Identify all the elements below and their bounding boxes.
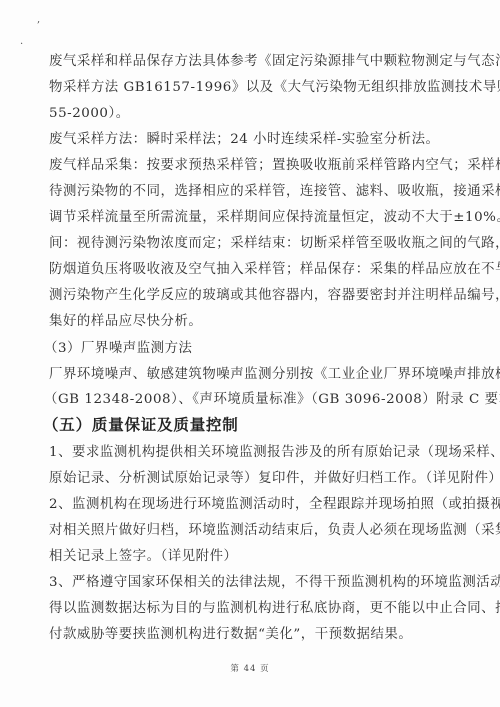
text-line: 2、监测机构在现场进行环境监测活动时，全程跟踪并现场拍照（或拍摄视频）， xyxy=(49,497,459,513)
text-line: （GB 12348-2008）、《声环境质量标准》（GB 3096-2008）附… xyxy=(44,392,454,408)
document-page: , . 废气采样和样品保存方法具体参考《固定污染源排气中颗粒物测定与气态污染 物… xyxy=(0,0,500,707)
subheading-text: （3）厂界噪声监测方法 xyxy=(44,341,454,357)
text-line: 付款威胁等要挟监测机构进行数据“美化”，干预数据结果。 xyxy=(49,627,459,643)
text-line: 废气采样方法：瞬时采样法；24 小时连续采样-实验室分析法。 xyxy=(49,132,459,148)
text-line: 集好的样品应尽快分析。 xyxy=(49,314,459,330)
text-line: 测污染物产生化学反应的玻璃或其他容器内，容器要密封并注明样品编号，采 xyxy=(49,288,459,304)
scan-artifact-dot: . xyxy=(20,37,23,47)
text-line: 相关记录上签字。（详见附件） xyxy=(49,549,459,565)
text-line: 1、要求监测机构提供相关环境监测报告涉及的所有原始记录（现场采样、监测 xyxy=(49,445,459,461)
text-line: 废气样品采集：按要求预热采样管；置换吸收瓶前采样管路内空气；采样根据 xyxy=(49,158,459,174)
text-line: 厂界环境噪声、敏感建筑物噪声监测分别按《工业企业厂界环境噪声排放标准》 xyxy=(49,367,459,383)
text-line: 原始记录、分析测试原始记录等）复印件，并做好归档工作。（详见附件） xyxy=(49,471,459,487)
text-line: 废气采样和样品保存方法具体参考《固定污染源排气中颗粒物测定与气态污染 xyxy=(49,54,459,70)
text-line: 间：视待测污染物浓度而定；采样结束：切断采样管至吸收瓶之间的气路，以 xyxy=(49,236,459,252)
text-line: 物采样方法 GB16157-1996》以及《大气污染物无组织排放监测技术导则》（… xyxy=(49,80,459,96)
text-line: 对相关照片做好归档，环境监测活动结束后，负责人必须在现场监测（采集） xyxy=(49,523,459,539)
text-line: 3、严格遵守国家环保相关的法律法规，不得干预监测机构的环境监测活动，不 xyxy=(49,575,459,591)
text-line: 防烟道负压将吸收液及空气抽入采样管；样品保存：采集的样品应放在不与被 xyxy=(49,262,459,278)
scan-artifact-mark: , xyxy=(37,15,40,25)
section-heading-quality-assurance: （五）质量保证及质量控制 xyxy=(43,416,239,434)
text-line: 待测污染物的不同，选择相应的采样管，连接管、滤料、吸收瓶，接通采样管路， xyxy=(49,184,459,200)
text-line: 得以监测数据达标为目的与监测机构进行私底协商，更不能以中止合同、拒绝 xyxy=(49,601,459,617)
text-line: 55-2000）。 xyxy=(49,106,459,122)
text-line: 调节采样流量至所需流量，采样期间应保持流量恒定，波动不大于±10%。采样时 xyxy=(49,210,459,226)
page-number-footer: 第 44 页 xyxy=(0,662,500,674)
